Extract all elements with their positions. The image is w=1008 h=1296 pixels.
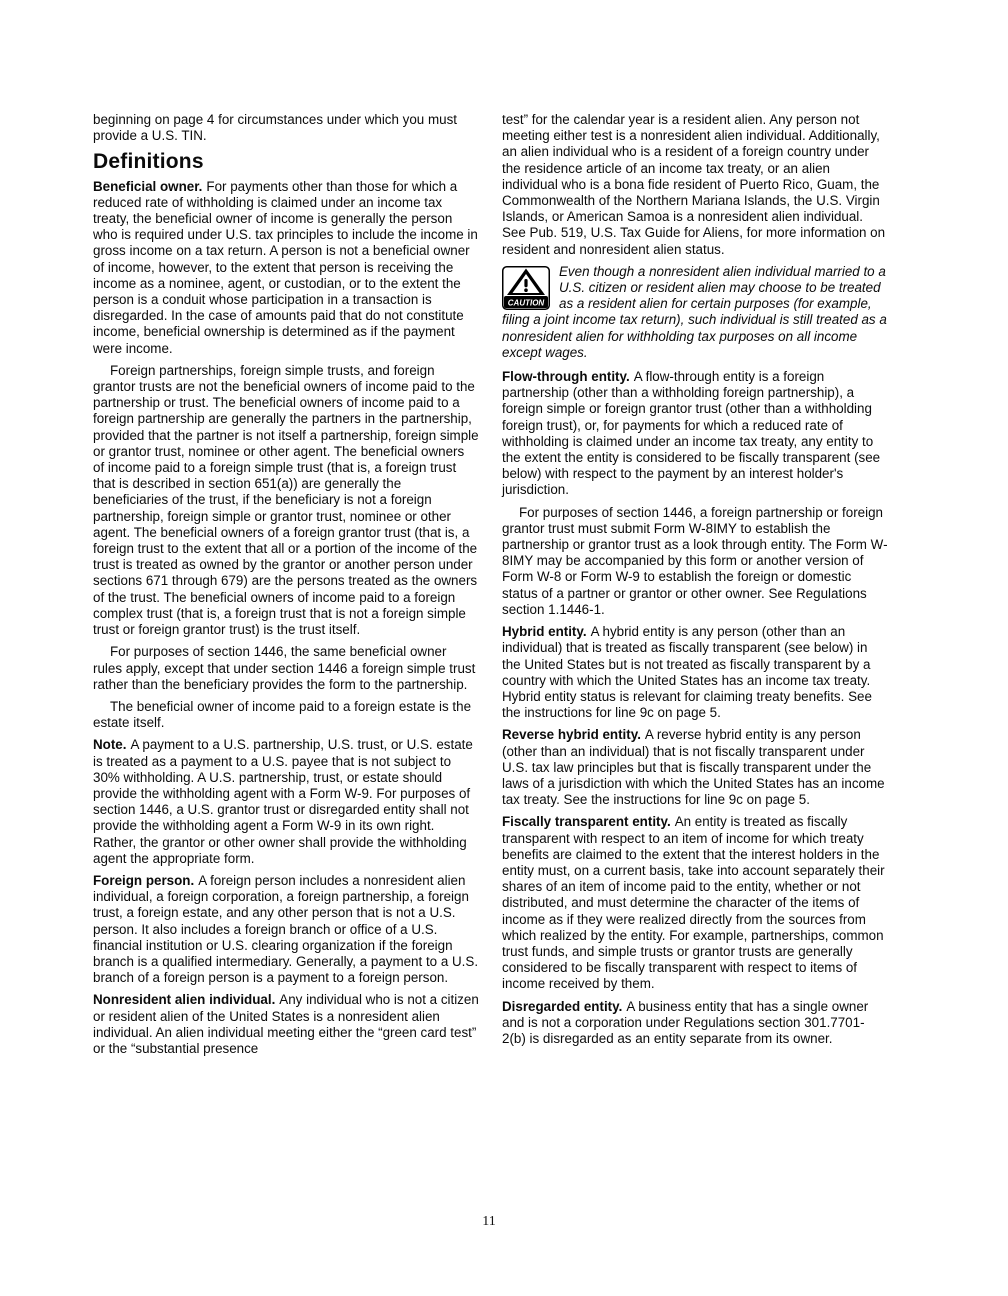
- paragraph: beginning on page 4 for circumstances un…: [93, 112, 479, 144]
- definition-term: Hybrid entity.: [502, 624, 587, 639]
- definition-paragraph: Nonresident alien individual.Any individ…: [93, 992, 479, 1057]
- right-column: test” for the calendar year is a residen…: [502, 112, 888, 1053]
- definitions-heading: Definitions: [93, 154, 479, 170]
- paragraph-text: beginning on page 4 for circumstances un…: [93, 112, 457, 143]
- paragraph: For purposes of section 1446, a foreign …: [502, 505, 888, 618]
- paragraph-text: A payment to a U.S. partnership, U.S. tr…: [93, 737, 473, 865]
- definition-term: Foreign person.: [93, 873, 194, 888]
- paragraph: test” for the calendar year is a residen…: [502, 112, 888, 258]
- left-column: beginning on page 4 for circumstances un…: [93, 112, 479, 1063]
- caution-note: CAUTION Even though a nonresident alien …: [502, 264, 888, 361]
- paragraph-text: An entity is treated as fiscally transpa…: [502, 814, 885, 991]
- paragraph-text: A flow-through entity is a foreign partn…: [502, 369, 880, 497]
- paragraph-text: The beneficial owner of income paid to a…: [93, 699, 471, 730]
- paragraph-text: For payments other than those for which …: [93, 179, 478, 356]
- caution-icon: CAUTION: [502, 266, 550, 310]
- definition-term: Note.: [93, 737, 126, 752]
- paragraph-text: For purposes of section 1446, the same b…: [93, 644, 475, 691]
- svg-text:CAUTION: CAUTION: [508, 298, 545, 307]
- paragraph-text: Foreign partnerships, foreign simple tru…: [93, 363, 479, 637]
- definition-term: Nonresident alien individual.: [93, 992, 275, 1007]
- document-page: beginning on page 4 for circumstances un…: [0, 0, 1008, 1296]
- definition-term: Reverse hybrid entity.: [502, 727, 641, 742]
- definition-paragraph: Flow-through entity.A flow-through entit…: [502, 369, 888, 499]
- definition-term: Flow-through entity.: [502, 369, 630, 384]
- definition-paragraph: Hybrid entity.A hybrid entity is any per…: [502, 624, 888, 721]
- paragraph: The beneficial owner of income paid to a…: [93, 699, 479, 731]
- paragraph-text: For purposes of section 1446, a foreign …: [502, 505, 888, 617]
- caution-text: Even though a nonresident alien individu…: [502, 264, 887, 360]
- definition-paragraph: Fiscally transparent entity.An entity is…: [502, 814, 888, 992]
- paragraph: For purposes of section 1446, the same b…: [93, 644, 479, 693]
- page-number: 11: [93, 1214, 885, 1230]
- paragraph: Foreign partnerships, foreign simple tru…: [93, 363, 479, 638]
- paragraph-text: test” for the calendar year is a residen…: [502, 112, 885, 257]
- paragraph-text: A foreign person includes a nonresident …: [93, 873, 478, 985]
- definition-paragraph: Foreign person.A foreign person includes…: [93, 873, 479, 986]
- definition-paragraph: Note.A payment to a U.S. partnership, U.…: [93, 737, 479, 867]
- definition-term: Disregarded entity.: [502, 999, 622, 1014]
- definition-term: Beneficial owner.: [93, 179, 202, 194]
- definition-paragraph: Beneficial owner.For payments other than…: [93, 179, 479, 357]
- definition-paragraph: Disregarded entity.A business entity tha…: [502, 999, 888, 1048]
- definition-paragraph: Reverse hybrid entity.A reverse hybrid e…: [502, 727, 888, 808]
- definition-term: Fiscally transparent entity.: [502, 814, 671, 829]
